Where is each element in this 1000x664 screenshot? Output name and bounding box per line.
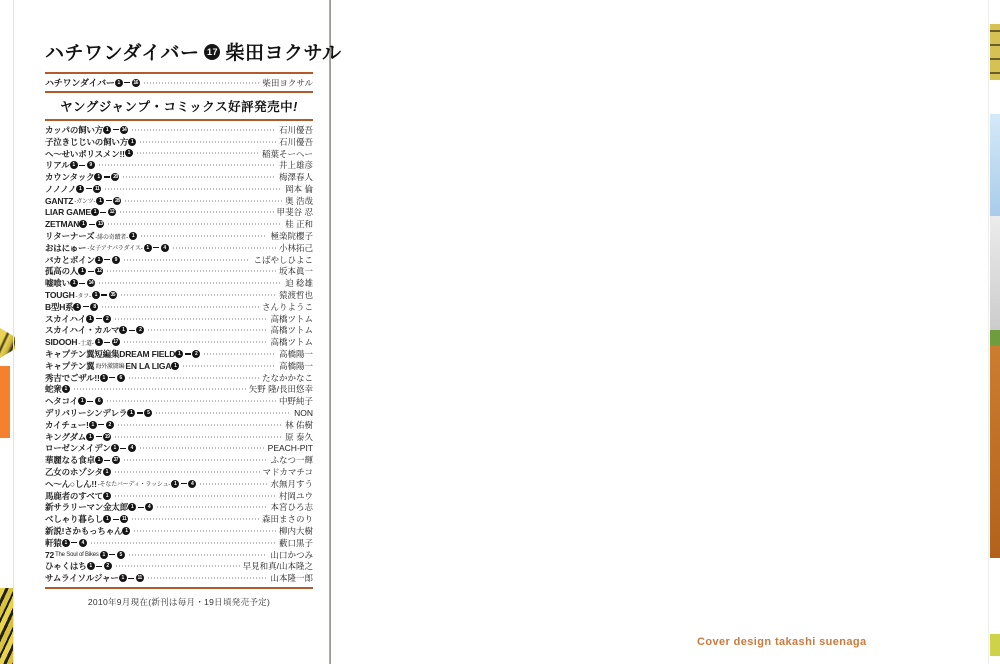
comics-catalog: ハチワンダイバー 17 柴田ヨクサル ハチワンダイバー116柴田ヨクサル ヤング… <box>45 36 313 608</box>
series-title: ノノノノ <box>45 183 76 195</box>
series-row: バカとボイン19こばやしひよこ <box>45 254 313 266</box>
series-title-part2: EN LA LIGA <box>125 361 171 371</box>
volume-badge: 2 <box>192 350 200 358</box>
series-title: リターナーズ <box>45 230 94 242</box>
orange-rule <box>45 119 313 121</box>
series-title: サムライソルジャー <box>45 572 119 584</box>
volume-badge: 1 <box>103 468 111 476</box>
dotted-leader <box>117 424 283 426</box>
series-title: カッパの飼い方 <box>45 124 103 136</box>
volume-badge: 1 <box>73 303 81 311</box>
volume-range-dash <box>89 224 95 225</box>
series-title: 馬鹿者のすべて <box>45 490 103 502</box>
series-row: キャプテン翼海外激闘編EN LA LIGA1高橋陽一 <box>45 360 313 372</box>
series-author: 高橋陽一 <box>279 360 313 372</box>
series-row: ヘタコイ16中野純子 <box>45 395 313 407</box>
series-row: 蛇衆1矢野 隆/長田悠幸 <box>45 384 313 396</box>
series-subtitle: -女子アナパラダイス- <box>87 243 142 252</box>
dotted-leader <box>124 200 282 202</box>
series-row: カッパの飼い方114石川優吾 <box>45 124 313 136</box>
series-title: ZETMAN <box>45 219 79 229</box>
volume-badge: 2 <box>136 326 144 334</box>
volume-badge: 4 <box>145 503 153 511</box>
volume-badge: 4 <box>79 539 87 547</box>
series-row: 新サラリーマン金太郎14本宮ひろ志 <box>45 502 313 514</box>
series-author: 山口かつみ <box>270 549 313 561</box>
series-row: 孤高の人112坂本眞一 <box>45 266 313 278</box>
dotted-leader <box>203 353 276 355</box>
right-edge-spine-art <box>990 24 1000 80</box>
volume-badge: 1 <box>144 244 152 252</box>
volume-badge: 1 <box>94 173 102 181</box>
series-author: 高橋陽一 <box>279 348 313 360</box>
left-page-edge <box>13 0 14 664</box>
volume-17-badge: 17 <box>204 44 220 60</box>
series-row: 嘘喰い114迫 稔雄 <box>45 277 313 289</box>
series-author: 森田まさのり <box>262 513 313 525</box>
series-title: キングダム <box>45 431 86 443</box>
volume-badge: 1 <box>127 409 135 417</box>
series-subtitle: The Soul of Bikes <box>55 552 99 558</box>
volume-range-dash <box>185 353 191 354</box>
series-author: 高橋ツトム <box>270 313 313 325</box>
volume-range-dash <box>96 436 102 437</box>
dotted-leader <box>90 542 276 544</box>
volume-badge: 1 <box>119 326 127 334</box>
series-title: ひゃくはち <box>45 560 87 572</box>
series-row: べしゃり暮らし111森田まさのり <box>45 513 313 525</box>
right-page-edge <box>988 0 989 664</box>
volume-badge: 1 <box>171 480 179 488</box>
series-row: リターナーズ-緋の奇蹟者-1極楽院櫻子 <box>45 230 313 242</box>
series-row: ひゃくはち12早見和真/山本隆之 <box>45 560 313 572</box>
volume-badge: 1 <box>125 149 133 157</box>
dotted-leader <box>106 400 276 402</box>
promo-line: ヤングジャンプ・コミックス好評発売中! <box>45 97 313 115</box>
dotted-leader <box>114 318 267 320</box>
series-row: デリバリーシンデレラ15NON <box>45 407 313 419</box>
volume-range-dash <box>137 412 143 413</box>
volume-badge: 1 <box>91 208 99 216</box>
volume-range-dash <box>106 200 112 201</box>
volume-badge: 1 <box>100 551 108 559</box>
volume-badge: 1 <box>128 138 136 146</box>
series-title: 孤高の人 <box>45 265 78 277</box>
series-author: 桂 正和 <box>285 218 313 230</box>
volume-badge: 6 <box>95 397 103 405</box>
dotted-leader <box>114 471 260 473</box>
series-title: 秀吉でごザル!! <box>45 372 100 384</box>
volume-badge: 28 <box>113 197 121 205</box>
series-author: 甲斐谷 忍 <box>277 206 313 218</box>
volume-badge: 17 <box>112 338 120 346</box>
series-title: 子泣きじじいの飼い方 <box>45 136 128 148</box>
volume-badge: 2 <box>103 315 111 323</box>
dotted-leader <box>147 329 267 331</box>
series-title: スカイハイ <box>45 313 86 325</box>
series-title: TOUGH <box>45 290 75 300</box>
series-title: スカイハイ・カルマ <box>45 324 119 336</box>
series-row: スカイハイ12高橋ツトム <box>45 313 313 325</box>
series-author: 本宮ひろ志 <box>270 501 313 513</box>
dotted-leader <box>139 447 265 449</box>
series-author: 中野純子 <box>279 395 313 407</box>
volume-badge: 19 <box>103 433 111 441</box>
cover-design-credit: Cover design takashi suenaga <box>697 636 867 648</box>
volume-range-dash <box>88 271 94 272</box>
series-author: 梅澤春人 <box>279 171 313 183</box>
series-author: 井上雄彦 <box>279 159 313 171</box>
series-row: 子泣きじじいの飼い方1石川優吾 <box>45 136 313 148</box>
dotted-leader <box>136 152 259 154</box>
volume-badge: 1 <box>76 185 84 193</box>
series-row: 馬鹿者のすべて1村岡ユウ <box>45 490 313 502</box>
series-title: ローゼンメイデン <box>45 442 111 454</box>
dotted-leader <box>123 341 268 343</box>
series-author: 極楽院櫻子 <box>270 230 313 242</box>
series-author: こばやしひよこ <box>253 254 313 266</box>
volume-badge: 1 <box>103 492 111 500</box>
series-title: ヘタコイ <box>45 395 78 407</box>
dotted-leader <box>172 247 276 249</box>
dotted-leader <box>156 506 267 508</box>
volume-badge: 8 <box>90 303 98 311</box>
series-title: 新説!さかもっちゃん <box>45 525 122 537</box>
series-title: SIDOOH <box>45 337 77 347</box>
volume-badge: 1 <box>70 279 78 287</box>
volume-range-dash <box>104 342 110 343</box>
volume-badge: 1 <box>171 362 179 370</box>
series-row: ローゼンメイデン14PEACH-PIT <box>45 443 313 455</box>
volume-badge: 5 <box>144 409 152 417</box>
volume-badge: 1 <box>87 562 95 570</box>
volume-badge: 1 <box>103 126 111 134</box>
series-author: 矢野 隆/長田悠幸 <box>249 383 313 395</box>
series-row: キングダム119原 泰久 <box>45 431 313 443</box>
series-subtitle: 海外激闘編 <box>95 361 124 370</box>
volume-range-dash <box>109 377 115 378</box>
volume-badge: 11 <box>136 574 144 582</box>
volume-badge: 4 <box>161 244 169 252</box>
series-title: べしゃり暮らし <box>45 513 103 525</box>
series-title: B型H系 <box>45 301 73 313</box>
series-author: 高橋ツトム <box>270 324 313 336</box>
series-row: サムライソルジャー111山本隆一郎 <box>45 572 313 584</box>
series-row: TOUGH-タフ-135猿渡哲也 <box>45 289 313 301</box>
series-row: へ〜せいポリスメン!!1稲葉そーへー <box>45 148 313 160</box>
series-row: B型H系18さんりようこ <box>45 301 313 313</box>
dotted-leader <box>147 577 268 579</box>
series-title: 新サラリーマン金太郎 <box>45 501 128 513</box>
dotted-leader <box>98 164 276 166</box>
dotted-leader <box>123 459 268 461</box>
volume-badge: 1 <box>86 315 94 323</box>
series-row: 72The Soul of Bikes15山口かつみ <box>45 549 313 561</box>
volume-badge: 1 <box>100 374 108 382</box>
series-title: おはにゅー <box>45 242 86 254</box>
series-row: カウンタック120梅澤春人 <box>45 171 313 183</box>
series-title: 華麗なる食卓 <box>45 454 95 466</box>
volume-range-dash <box>100 212 106 213</box>
series-author: PEACH-PIT <box>268 443 313 453</box>
left-edge-bottom-art <box>0 588 14 664</box>
dotted-leader <box>101 306 259 308</box>
dotted-leader <box>155 412 291 414</box>
volume-range-dash <box>79 165 85 166</box>
dotted-leader <box>182 365 276 367</box>
book-spread: ハチワンダイバー 17 柴田ヨクサル ハチワンダイバー116柴田ヨクサル ヤング… <box>0 0 1000 664</box>
series-author: 石川優吾 <box>279 124 313 136</box>
volume-badge: 11 <box>120 515 128 523</box>
dotted-leader <box>107 223 282 225</box>
series-author: 水無月すう <box>270 478 313 490</box>
series-subtitle: -そなたバーディ・ラッシュ- <box>98 479 170 488</box>
series-title: キャプテン翼 <box>45 360 94 372</box>
volume-range-dash <box>87 401 93 402</box>
dotted-leader <box>131 518 259 520</box>
series-author: 林 佑樹 <box>285 419 313 431</box>
volume-badge: 1 <box>119 574 127 582</box>
promo-text: ヤングジャンプ・コミックス好評発売中 <box>60 100 293 114</box>
volume-range-dash <box>71 542 77 543</box>
series-subtitle: -緋の奇蹟者- <box>95 232 128 241</box>
series-list: カッパの飼い方114石川優吾子泣きじじいの飼い方1石川優吾へ〜せいポリスメン!!… <box>45 124 313 584</box>
series-author: さんりようこ <box>262 301 313 313</box>
series-row: SIDOOH-士道-117高橋ツトム <box>45 336 313 348</box>
series-author: ふなつ一輝 <box>270 454 313 466</box>
dotted-leader <box>120 294 276 296</box>
volume-range-dash <box>104 460 110 461</box>
series-row: スカイハイ・カルマ12高橋ツトム <box>45 325 313 337</box>
series-title: へ〜せいポリスメン!! <box>45 148 125 160</box>
volume-badge: 13 <box>96 220 104 228</box>
volume-range-dash <box>113 129 119 130</box>
dotted-leader <box>199 483 267 485</box>
volume-badge: 6 <box>117 374 125 382</box>
volume-range-dash <box>113 519 119 520</box>
series-author: NON <box>294 408 313 418</box>
volume-badge: 12 <box>108 208 116 216</box>
volume-badge: 1 <box>92 291 100 299</box>
right-edge-sky-art <box>990 114 1000 216</box>
page-title-author: 柴田ヨクサル <box>225 38 341 65</box>
volume-badge: 9 <box>87 161 95 169</box>
volume-badge: 16 <box>132 79 140 87</box>
volume-badge: 1 <box>128 503 136 511</box>
series-author: 柳内大樹 <box>279 525 313 537</box>
series-subtitle: -士道- <box>78 338 93 347</box>
dotted-leader <box>131 129 276 131</box>
left-edge-orange-art <box>0 366 10 438</box>
page-title-series: ハチワンダイバー <box>45 38 199 65</box>
right-edge-orange-art <box>990 346 1000 558</box>
series-author: 柴田ヨクサル <box>262 77 313 89</box>
dotted-leader <box>128 377 259 379</box>
volume-range-dash <box>181 483 187 484</box>
dotted-leader <box>143 82 260 84</box>
volume-range-dash <box>86 188 92 189</box>
series-row: 乙女のホゾシタ1マドカマチコ <box>45 466 313 478</box>
series-row: 秀吉でごザル!!16たなかかなこ <box>45 372 313 384</box>
series-title: 嘘喰い <box>45 277 70 289</box>
volume-badge: 1 <box>122 527 130 535</box>
volume-badge: 14 <box>87 279 95 287</box>
series-title: ハチワンダイバー <box>45 76 115 89</box>
dotted-leader <box>115 565 240 567</box>
promo-exclamation: ! <box>293 100 298 114</box>
series-author: 村岡ユウ <box>279 490 313 502</box>
series-title: リアル <box>45 159 70 171</box>
series-row: 華麗なる食卓137ふなつ一輝 <box>45 454 313 466</box>
volume-badge: 1 <box>70 161 78 169</box>
series-author: 小林拓己 <box>279 242 313 254</box>
dotted-leader <box>140 235 267 237</box>
volume-badge: 1 <box>78 397 86 405</box>
series-author: 坂本眞一 <box>279 265 313 277</box>
series-title: へ〜ん○しん!! <box>45 478 97 490</box>
series-author: 早見和真/山本隆之 <box>243 560 313 572</box>
dotted-leader <box>119 211 274 213</box>
page-gutter-seam <box>329 0 331 664</box>
volume-badge: 11 <box>93 185 101 193</box>
volume-range-dash <box>109 554 115 555</box>
series-author: 石川優吾 <box>279 136 313 148</box>
volume-range-dash <box>120 448 126 449</box>
dotted-leader <box>139 141 276 143</box>
volume-badge: 5 <box>117 551 125 559</box>
series-row: リアル19井上雄彦 <box>45 159 313 171</box>
page-title: ハチワンダイバー 17 柴田ヨクサル <box>45 38 313 65</box>
volume-badge: 14 <box>120 126 128 134</box>
volume-range-dash <box>98 424 104 425</box>
series-title: デリバリーシンデレラ <box>45 407 127 419</box>
series-author: 奥 浩哉 <box>285 195 313 207</box>
volume-badge: 35 <box>109 291 117 299</box>
series-author: 高橋ツトム <box>270 336 313 348</box>
series-author: 岡本 倫 <box>285 183 313 195</box>
volume-badge: 1 <box>78 267 86 275</box>
series-row: キャプテン翼短編集DREAM FIELD12高橋陽一 <box>45 348 313 360</box>
volume-range-dash <box>124 82 130 83</box>
volume-badge: 1 <box>89 421 97 429</box>
volume-badge: 1 <box>62 385 70 393</box>
volume-badge: 4 <box>188 480 196 488</box>
volume-badge: 1 <box>62 539 70 547</box>
series-author: 山本隆一郎 <box>270 572 313 584</box>
dotted-leader <box>128 554 268 556</box>
volume-badge: 1 <box>129 232 137 240</box>
volume-range-dash <box>104 259 110 260</box>
right-edge-lime-art <box>990 634 1000 656</box>
series-title: キャプテン翼短編集DREAM FIELD <box>45 348 175 360</box>
volume-badge: 20 <box>111 173 119 181</box>
volume-badge: 1 <box>95 338 103 346</box>
volume-badge: 2 <box>104 562 112 570</box>
as-of-date-note: 2010年9月現在(新刊は毎月・19日頃発売予定) <box>45 596 313 608</box>
volume-badge: 12 <box>95 267 103 275</box>
series-subtitle: -タフ- <box>76 291 91 300</box>
series-row: LIAR GAME112甲斐谷 忍 <box>45 207 313 219</box>
volume-range-dash <box>96 318 102 319</box>
series-title: LIAR GAME <box>45 207 91 217</box>
volume-range-dash <box>83 306 89 307</box>
series-row: 軒猿14藪口黒子 <box>45 537 313 549</box>
volume-range-dash <box>138 507 144 508</box>
volume-range-dash <box>129 330 135 331</box>
series-row: ZETMAN113桂 正和 <box>45 218 313 230</box>
volume-badge: 37 <box>112 456 120 464</box>
series-author: 稲葉そーへー <box>262 148 313 160</box>
series-author: 原 泰久 <box>285 431 313 443</box>
series-row: おはにゅー-女子アナパラダイス-14小林拓己 <box>45 242 313 254</box>
volume-badge: 1 <box>96 197 104 205</box>
series-title: カウンタック <box>45 171 94 183</box>
volume-badge: 1 <box>111 444 119 452</box>
right-edge-gray-art <box>990 216 1000 330</box>
series-title: 蛇衆 <box>45 383 62 395</box>
series-subtitle: -ガンツ- <box>74 196 95 205</box>
series-row: 新説!さかもっちゃん1柳内大樹 <box>45 525 313 537</box>
series-author: たなかかなこ <box>262 372 313 384</box>
volume-badge: 1 <box>115 79 123 87</box>
series-row: GANTZ-ガンツ-128奥 浩哉 <box>45 195 313 207</box>
dotted-leader <box>73 388 246 390</box>
volume-range-dash <box>153 247 159 248</box>
volume-badge: 9 <box>112 256 120 264</box>
volume-range-dash <box>79 283 85 284</box>
dotted-leader <box>114 495 276 497</box>
series-row: へ〜ん○しん!!-そなたバーディ・ラッシュ-14水無月すう <box>45 478 313 490</box>
series-title: バカとボイン <box>45 254 95 266</box>
volume-badge: 1 <box>103 515 111 523</box>
dotted-leader <box>106 270 276 272</box>
volume-badge: 4 <box>128 444 136 452</box>
orange-rule <box>45 91 313 93</box>
volume-badge: 1 <box>95 456 103 464</box>
right-edge-green-art <box>990 330 1000 346</box>
series-author: 猿渡哲也 <box>279 289 313 301</box>
dotted-leader <box>133 530 276 532</box>
dotted-leader <box>123 259 251 261</box>
dotted-leader <box>98 282 282 284</box>
volume-range-dash <box>96 566 102 567</box>
volume-range-dash <box>104 176 110 177</box>
series-title: 72 <box>45 550 54 560</box>
dotted-leader <box>114 436 282 438</box>
series-title: GANTZ <box>45 196 73 206</box>
series-row: カイチュー!12林 佑樹 <box>45 419 313 431</box>
dotted-leader <box>104 188 282 190</box>
series-title: 乙女のホゾシタ <box>45 466 103 478</box>
volume-badge: 1 <box>79 220 87 228</box>
volume-badge: 1 <box>86 433 94 441</box>
series-row: ノノノノ111岡本 倫 <box>45 183 313 195</box>
series-title: カイチュー! <box>45 419 89 431</box>
series-row: ハチワンダイバー116柴田ヨクサル <box>45 74 313 91</box>
orange-rule <box>45 587 313 589</box>
volume-badge: 1 <box>175 350 183 358</box>
series-title: 軒猿 <box>45 537 62 549</box>
featured-series-row: ハチワンダイバー116柴田ヨクサル <box>45 74 313 91</box>
dotted-leader <box>122 176 276 178</box>
series-author: 藪口黒子 <box>279 537 313 549</box>
series-author: マドカマチコ <box>263 466 313 478</box>
series-author: 迫 稔雄 <box>285 277 313 289</box>
volume-range-dash <box>128 578 134 579</box>
volume-range-dash <box>101 294 107 295</box>
volume-badge: 1 <box>95 256 103 264</box>
volume-badge: 2 <box>106 421 114 429</box>
